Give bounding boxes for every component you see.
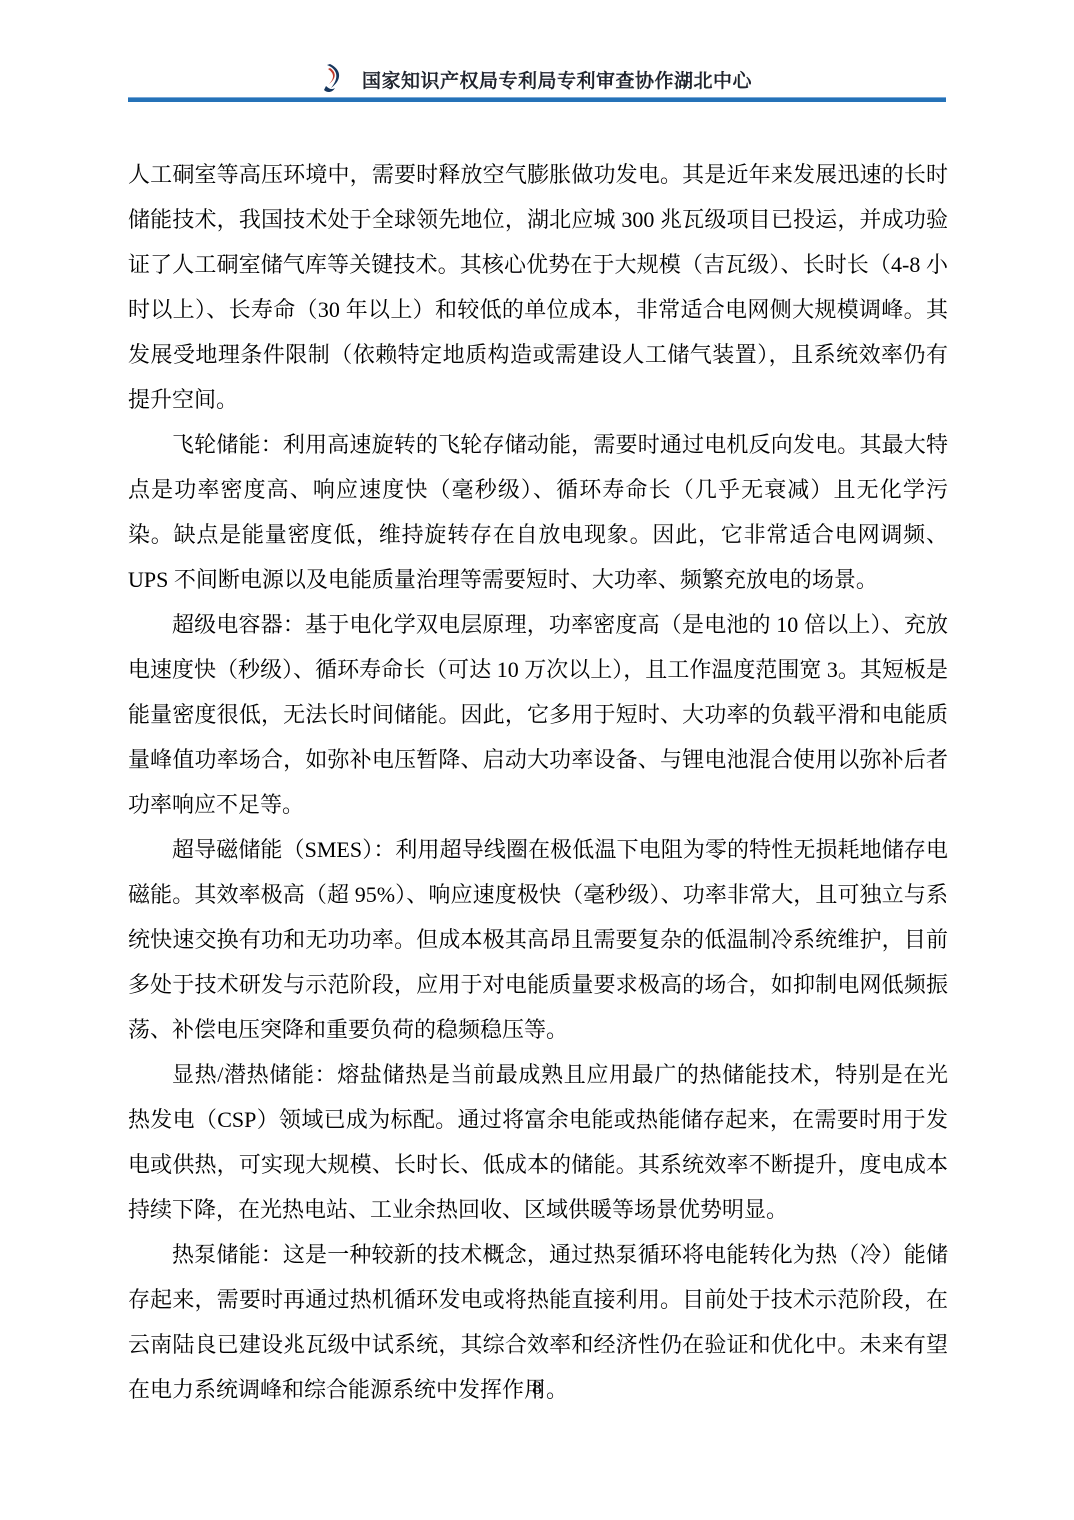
body-paragraph: 显热/潜热储能：熔盐储热是当前最成熟且应用最广的热储能技术，特别是在光热发电（C… xyxy=(128,1052,948,1232)
page-header: 国家知识产权局专利局专利审查协作湖北中心 xyxy=(128,60,946,98)
body-paragraph: 超导磁储能（SMES）：利用超导线圈在极低温下电阻为零的特性无损耗地储存电磁能。… xyxy=(128,827,948,1052)
header-title: 国家知识产权局专利局专利审查协作湖北中心 xyxy=(362,66,752,93)
page-number: 8 xyxy=(0,1378,1074,1400)
body-paragraph: 飞轮储能：利用高速旋转的飞轮存储动能，需要时通过电机反向发电。其最大特点是功率密… xyxy=(128,422,948,602)
ipo-hubei-center-logo-icon xyxy=(322,64,342,94)
body-paragraph: 人工硐室等高压环境中，需要时释放空气膨胀做功发电。其是近年来发展迅速的长时储能技… xyxy=(128,152,948,422)
header-rule xyxy=(128,97,946,102)
document-page: 国家知识产权局专利局专利审查协作湖北中心 人工硐室等高压环境中，需要时释放空气膨… xyxy=(0,0,1074,1520)
document-body: 人工硐室等高压环境中，需要时释放空气膨胀做功发电。其是近年来发展迅速的长时储能技… xyxy=(128,152,948,1412)
body-paragraph: 超级电容器：基于电化学双电层原理，功率密度高（是电池的 10 倍以上）、充放电速… xyxy=(128,602,948,827)
